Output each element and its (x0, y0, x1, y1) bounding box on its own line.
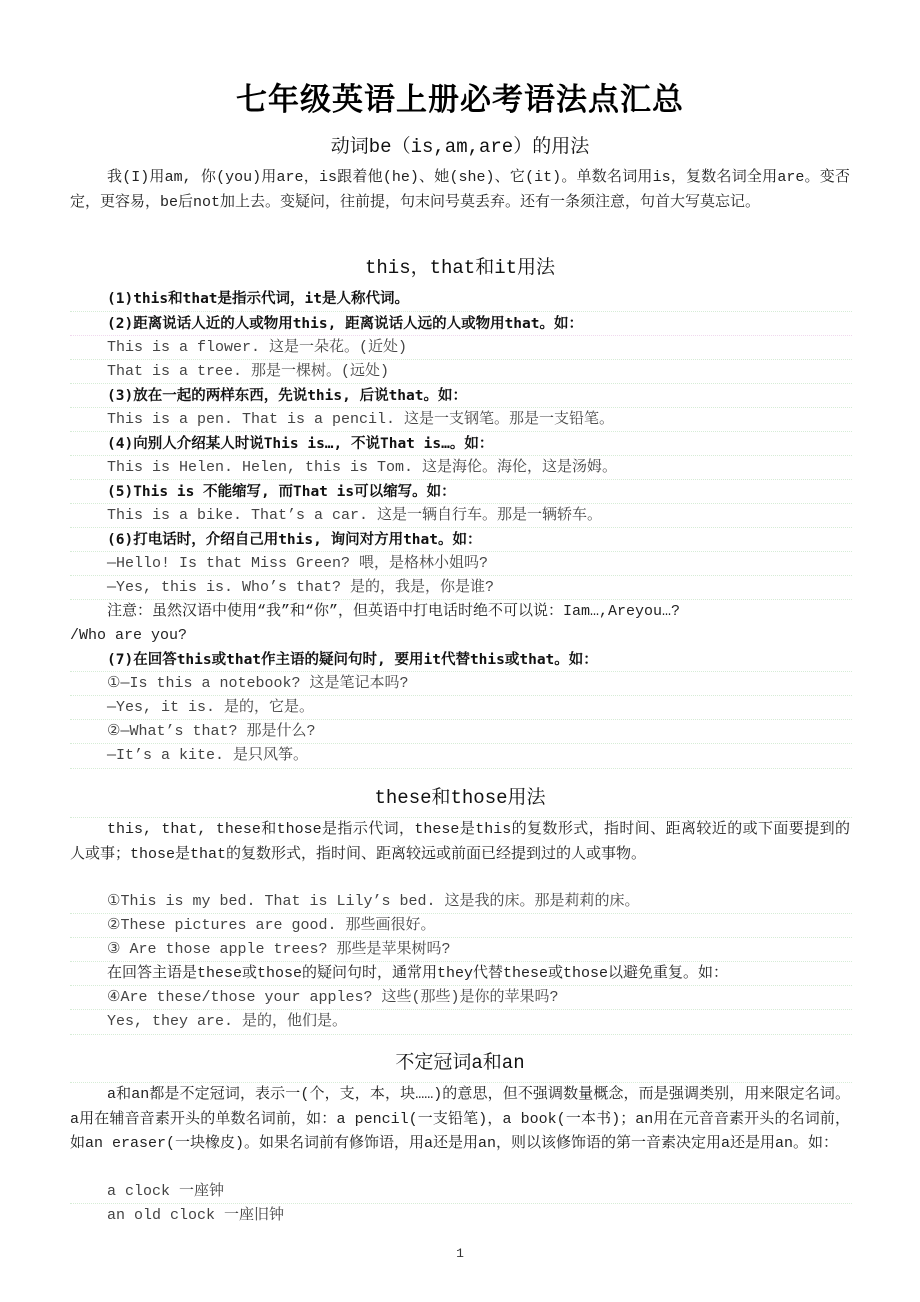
rule-line: (7)在回答this或that作主语的疑问句时, 要用it代替this或that… (107, 648, 850, 672)
page-title: 七年级英语上册必考语法点汇总 (0, 74, 920, 119)
section-paragraph-these-those: this, that, these和those是指示代词，these是this的… (70, 818, 850, 867)
example-line: Yes, they are. 是的，他们是。 (107, 1010, 850, 1034)
rule-line: (5)This is 不能缩写, 而That is可以缩写。如： (107, 480, 850, 504)
note-line: 在回答主语是these或those的疑问句时，通常用they代替these或th… (107, 962, 850, 986)
dotted-rule (70, 768, 852, 769)
example-line: —Yes, this is. Who’s that? 是的，我是，你是谁? (107, 576, 850, 600)
document-page: 七年级英语上册必考语法点汇总 动词be（is,am,are）的用法 我(I)用a… (0, 0, 920, 1302)
example-line: That is a tree. 那是一棵树。(远处) (107, 360, 850, 384)
note-line-wrap: /Who are you? (70, 624, 850, 648)
example-line: ①This is my bed. That is Lily’s bed. 这是我… (107, 890, 850, 914)
rule-line: (4)向别人介绍某人时说This is…, 不说That is…。如： (107, 432, 850, 456)
rule-line: (1)this和that是指示代词，it是人称代词。 (107, 287, 850, 311)
example-line: This is a pen. That is a pencil. 这是一支钢笔。… (107, 408, 850, 432)
example-line: ②—What’s that? 那是什么? (107, 720, 850, 744)
note-line: 注意：虽然汉语中使用“我”和“你”，但英语中打电话时绝不可以说：Iam…,Are… (107, 600, 850, 624)
example-line: an old clock 一座旧钟 (107, 1204, 850, 1228)
rule-line: (2)距离说话人近的人或物用this, 距离说话人远的人或物用that。如： (107, 312, 850, 336)
example-line: ③ Are those apple trees? 那些是苹果树吗? (107, 938, 850, 962)
example-line: ④Are these/those your apples? 这些(那些)是你的苹… (107, 986, 850, 1010)
section-heading-this-that-it: this，that和it用法 (0, 252, 920, 279)
example-line: a clock 一座钟 (107, 1180, 850, 1204)
page-number: 1 (0, 1246, 920, 1261)
section-paragraph-articles: a和an都是不定冠词，表示一(个，支，本，块……)的意思，但不强调数量概念，而是… (70, 1083, 850, 1157)
section-heading-articles: 不定冠词a和an (0, 1047, 920, 1074)
rule-line: (3)放在一起的两样东西，先说this, 后说that。如： (107, 384, 850, 408)
example-line: ②These pictures are good. 那些画很好。 (107, 914, 850, 938)
example-line: This is a bike. That’s a car. 这是一辆自行车。那是… (107, 504, 850, 528)
example-line: This is Helen. Helen, this is Tom. 这是海伦。… (107, 456, 850, 480)
example-line: —Hello! Is that Miss Green? 喂，是格林小姐吗? (107, 552, 850, 576)
dotted-rule (70, 1034, 852, 1035)
example-line: ①—Is this a notebook? 这是笔记本吗? (107, 672, 850, 696)
example-line: This is a flower. 这是一朵花。(近处) (107, 336, 850, 360)
rule-line: (6)打电话时，介绍自己用this, 询问对方用that。如： (107, 528, 850, 552)
section-paragraph-be-verb: 我(I)用am, 你(you)用are，is跟着他(he)、她(she)、它(i… (70, 166, 850, 215)
section-heading-these-those: these和those用法 (0, 782, 920, 809)
example-line: —It’s a kite. 是只风筝。 (107, 744, 850, 768)
section-heading-be-verb: 动词be（is,am,are）的用法 (0, 131, 920, 158)
example-line: —Yes, it is. 是的，它是。 (107, 696, 850, 720)
